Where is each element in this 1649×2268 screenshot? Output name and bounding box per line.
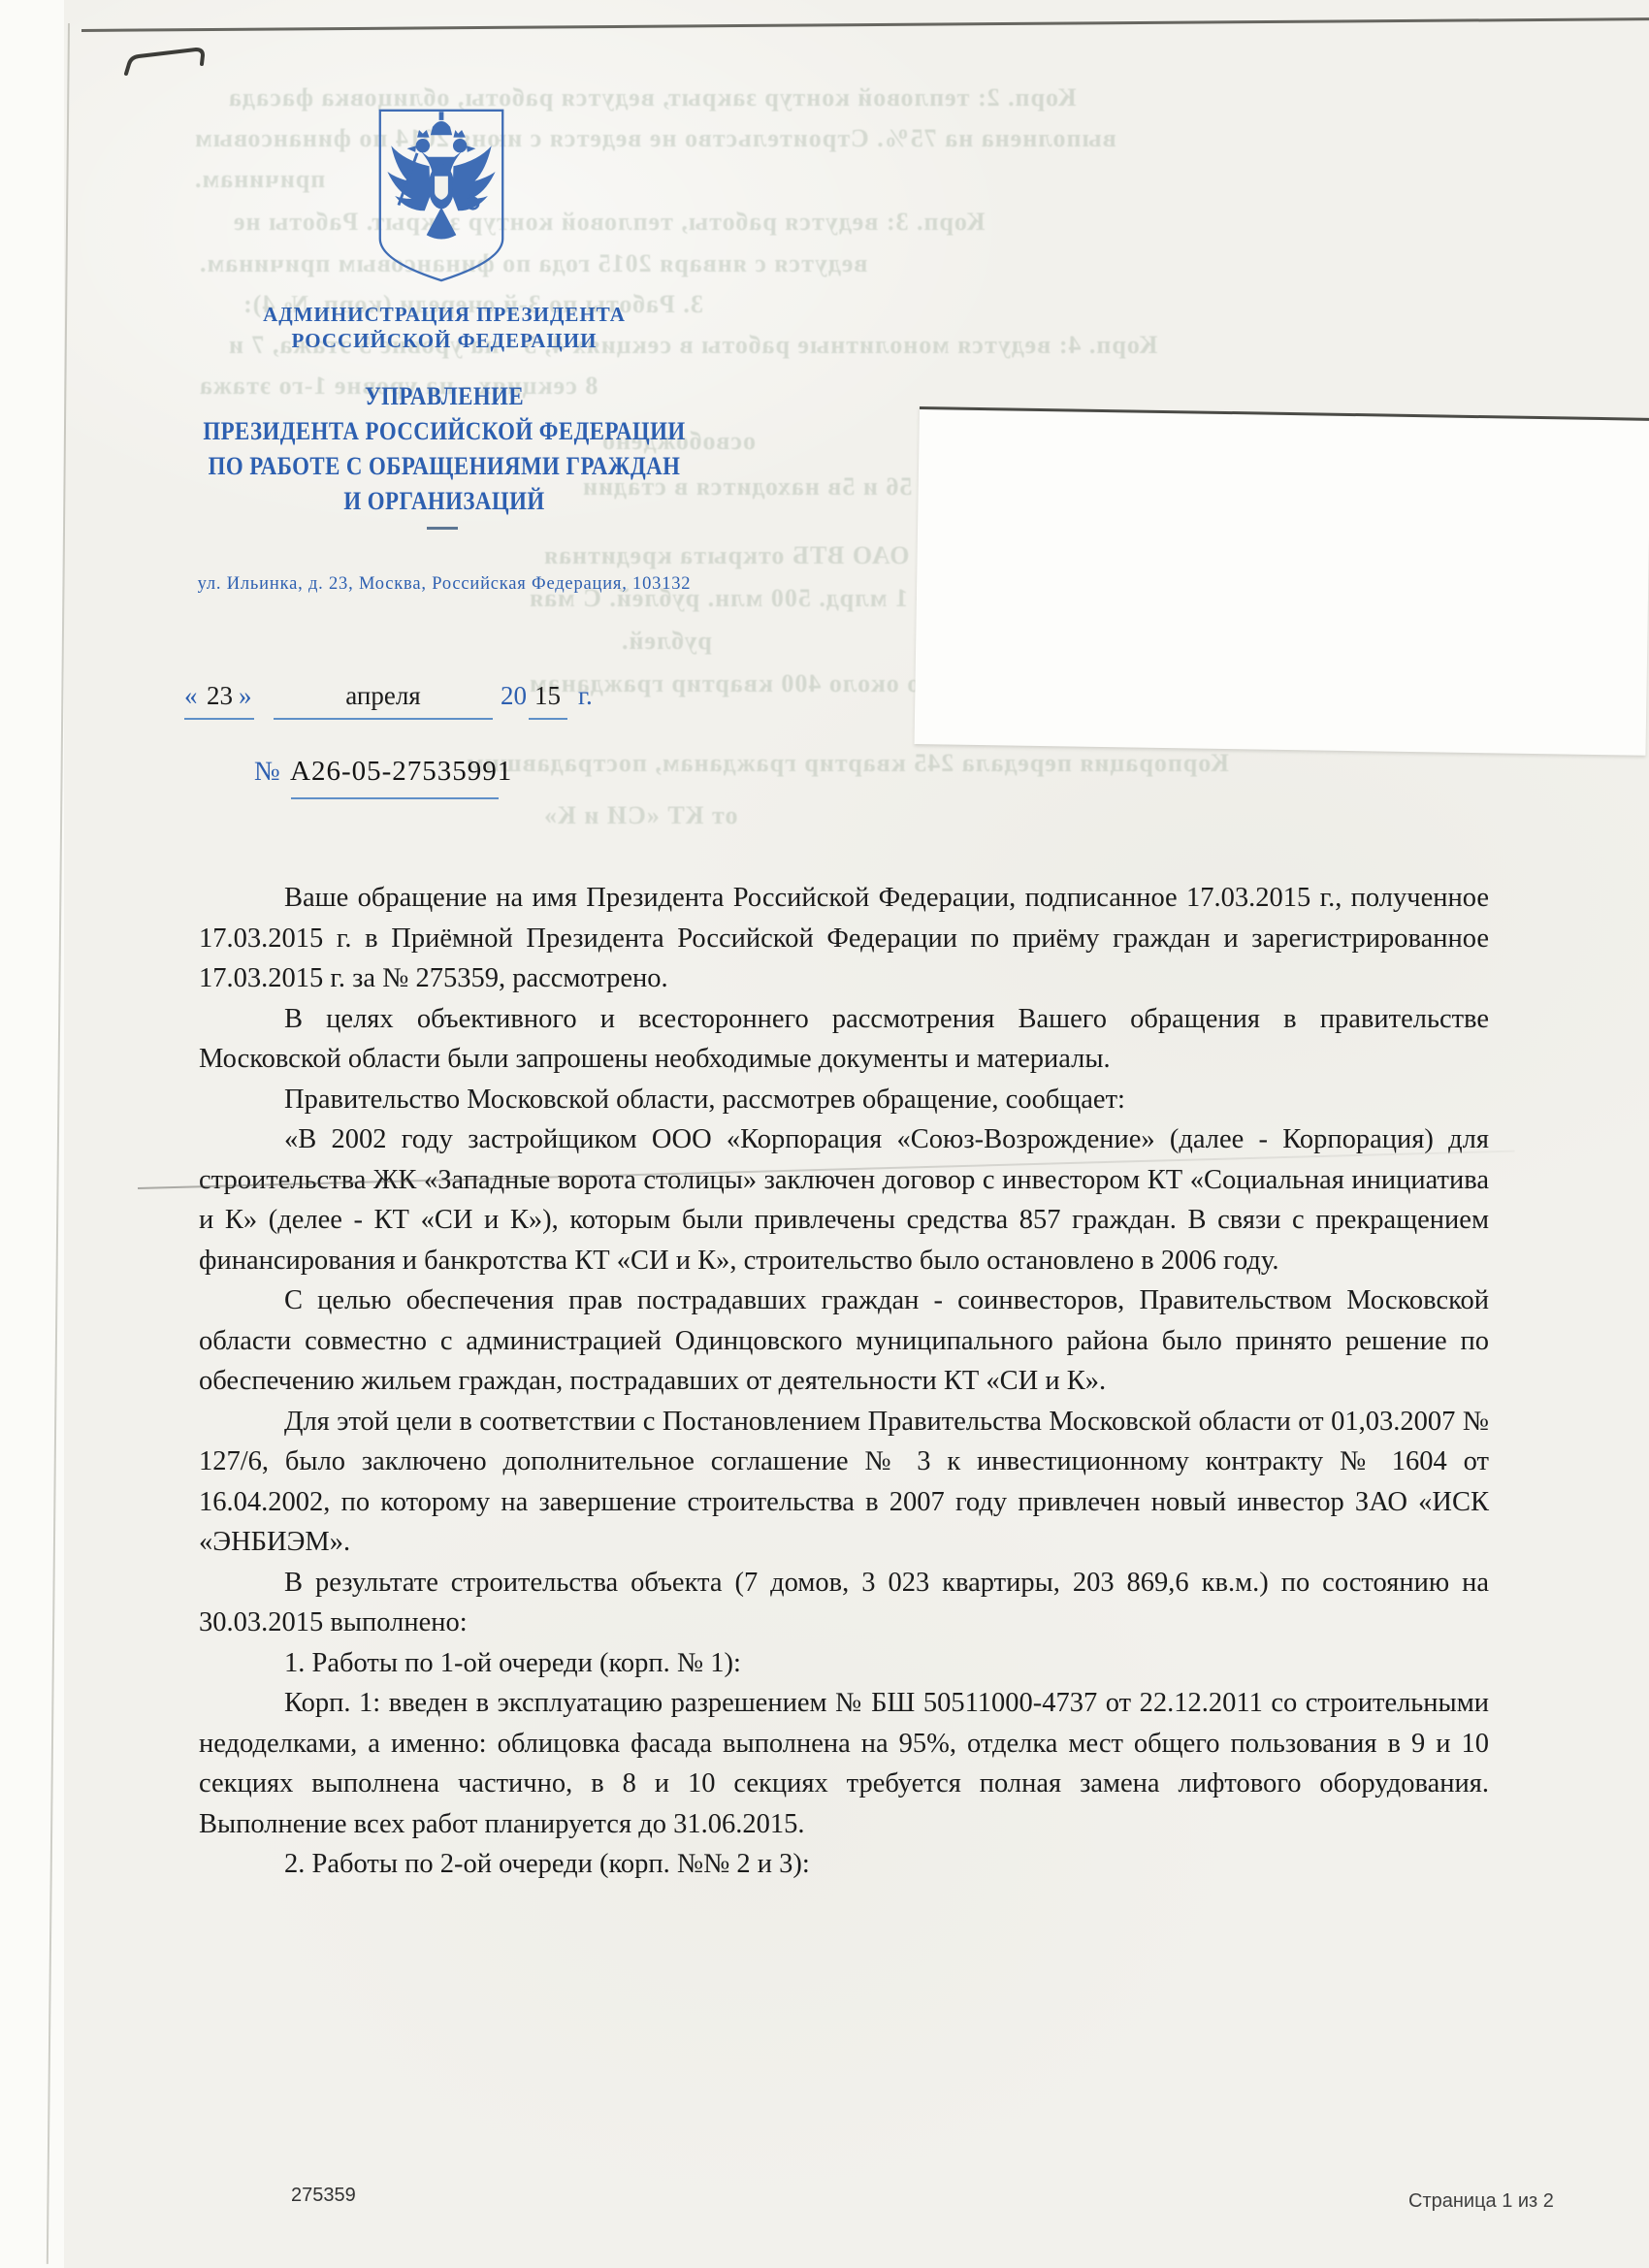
date-open-quote: « (184, 681, 198, 711)
department-name-line: УПРАВЛЕНИЕ (163, 382, 727, 411)
paragraph: В целях объективного и всестороннего рас… (199, 999, 1489, 1080)
department-name-line: ПО РАБОТЕ С ОБРАЩЕНИЯМИ ГРАЖДАН (163, 452, 727, 481)
org-name-line2: РОССИЙСКОЙ ФЕДЕРАЦИИ (124, 329, 764, 353)
reference-number: А26-05-27535991 (290, 756, 512, 788)
paper-top-edge (81, 17, 1649, 32)
date-month: апреля (274, 681, 493, 711)
paragraph: В результате строительства объекта (7 до… (199, 1563, 1489, 1643)
bleedthrough-text: ведутся с января 2015 года по финансовым… (199, 249, 867, 278)
footer-page-indicator: Страница 1 из 2 (1408, 2190, 1554, 2213)
department-name-line: И ОРГАНИЗАЦИЙ (163, 487, 727, 516)
paragraph: Для этой цели в соответствии с Постановл… (199, 1402, 1489, 1563)
letterhead-address: ул. Ильинка, д. 23, Москва, Российская Ф… (105, 574, 784, 595)
paragraph: 1. Работы по 1-ой очереди (корп. № 1): (199, 1643, 1489, 1684)
paragraph: Ваше обращение на имя Президента Российс… (199, 878, 1489, 999)
department-name-line: ПРЕЗИДЕНТА РОССИЙСКОЙ ФЕДЕРАЦИИ (163, 417, 727, 446)
white-cover-patch (915, 406, 1649, 756)
footer-registration-number: 275359 (291, 2185, 356, 2207)
bleedthrough-text: Корп. 2: тепловой контур закрыт, ведутся… (228, 83, 1077, 113)
bleedthrough-text: Корп. 3: ведутся работы, тепловой контур… (233, 208, 985, 237)
paragraph: 2. Работы по 2-ой очереди (корп. №№ 2 и … (199, 1844, 1489, 1885)
date-month-underline (274, 718, 493, 720)
date-century: 20 (501, 681, 527, 711)
reference-number-underline (291, 797, 499, 799)
number-sign: № (254, 757, 280, 788)
date-year: 15 (534, 681, 561, 711)
paragraph: С целью обеспечения прав пострадавших гр… (199, 1280, 1489, 1402)
scanner-margin (0, 0, 64, 2268)
date-close-quote: » (239, 681, 252, 711)
staple-mark (118, 45, 210, 83)
paragraph: Корп. 1: введен в эксплуатацию разрешени… (199, 1683, 1489, 1844)
date-day: 23 (207, 681, 233, 711)
russia-coat-of-arms-icon (373, 107, 509, 283)
bleedthrough-text: выполнена на 75%. Строительство не ведет… (194, 124, 1116, 153)
scanned-letter-page: Корп. 2: тепловой контур закрыт, ведутся… (0, 0, 1649, 2268)
paragraph: «В 2002 году застройщиком ООО «Корпораци… (199, 1119, 1489, 1280)
bleedthrough-text: рублей. (621, 627, 712, 656)
paragraph: Правительство Московской области, рассмо… (199, 1080, 1489, 1120)
date-year-underline (529, 718, 567, 720)
org-name-line1: АДМИНИСТРАЦИЯ ПРЕЗИДЕНТА (124, 303, 764, 327)
date-year-suffix: г. (578, 681, 593, 711)
bleedthrough-text: от КТ «СИ и К» (543, 801, 737, 830)
letterhead-divider-dash (427, 527, 458, 530)
date-day-underline (184, 718, 254, 720)
bleedthrough-text: Корпорация передала 245 квартир граждана… (466, 749, 1229, 778)
bleedthrough-text: причинам. (194, 165, 325, 194)
letter-body: Ваше обращение на имя Президента Российс… (199, 878, 1489, 1885)
